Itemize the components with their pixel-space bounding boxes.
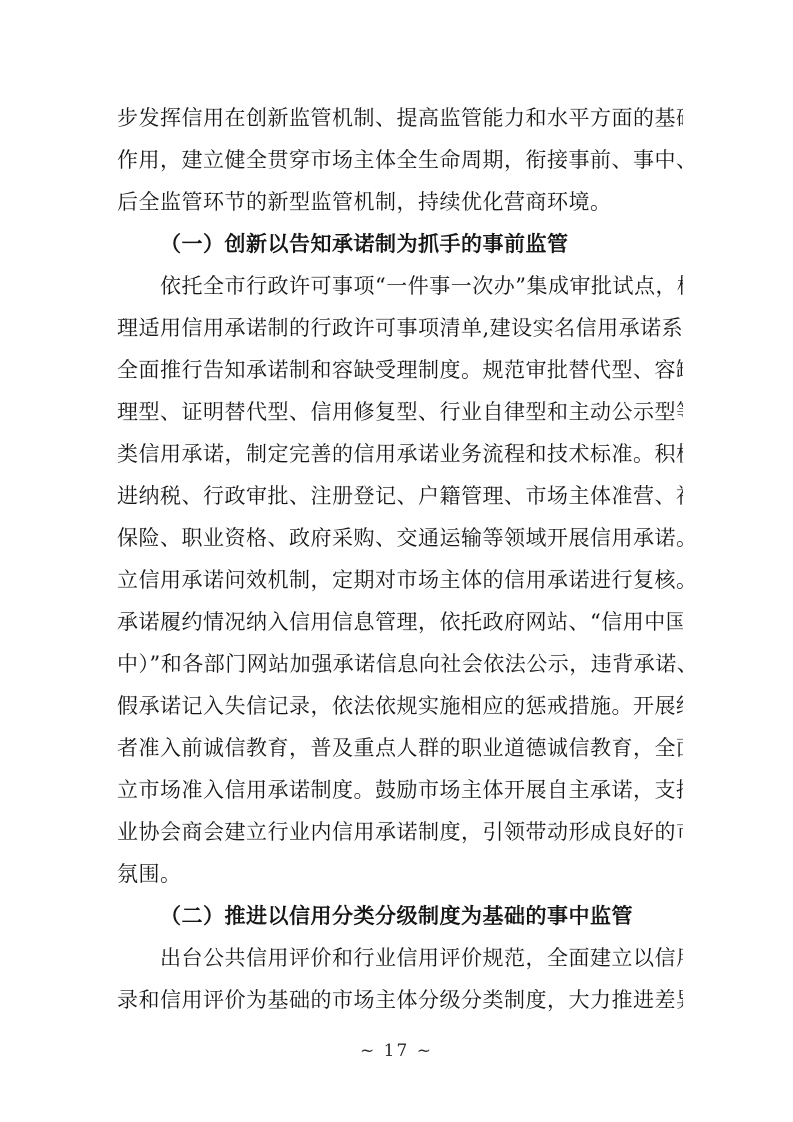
text-line: 氛围。 bbox=[117, 853, 683, 895]
text-line: 业协会商会建立行业内信用承诺制度，引领带动形成良好的市场 bbox=[117, 811, 683, 853]
text-line: 立市场准入信用承诺制度。鼓励市场主体开展自主承诺，支持行 bbox=[117, 769, 683, 811]
text-line: 承诺履约情况纳入信用信息管理，依托政府网站、“信用中国（汉 bbox=[117, 601, 683, 643]
text-line: 出台公共信用评价和行业信用评价规范，全面建立以信用记 bbox=[117, 937, 683, 979]
text-line: 类信用承诺，制定完善的信用承诺业务流程和技术标准。积极推 bbox=[117, 433, 683, 475]
document-page: 步发挥信用在创新监管机制、提高监管能力和水平方面的基础性作用，建立健全贯穿市场主… bbox=[0, 0, 793, 1122]
text-line: 中）”和各部门网站加强承诺信息向社会依法公示，违背承诺、虚 bbox=[117, 643, 683, 685]
paragraph: 步发挥信用在创新监管机制、提高监管能力和水平方面的基础性作用，建立健全贯穿市场主… bbox=[117, 97, 683, 223]
paragraph: 出台公共信用评价和行业信用评价规范，全面建立以信用记录和信用评价为基础的市场主体… bbox=[117, 937, 683, 1021]
text-line: 进纳税、行政审批、注册登记、户籍管理、市场主体准营、社会 bbox=[117, 475, 683, 517]
text-line: 假承诺记入失信记录，依法依规实施相应的惩戒措施。开展经营 bbox=[117, 685, 683, 727]
text-line: 步发挥信用在创新监管机制、提高监管能力和水平方面的基础性 bbox=[117, 97, 683, 139]
text-line: 依托全市行政许可事项“一件事一次办”集成审批试点，梳 bbox=[117, 265, 683, 307]
heading-line: （一）创新以告知承诺制为抓手的事前监管 bbox=[117, 223, 683, 265]
page-number: ~ 17 ~ bbox=[0, 1041, 793, 1061]
document-content: 步发挥信用在创新监管机制、提高监管能力和水平方面的基础性作用，建立健全贯穿市场主… bbox=[117, 97, 683, 1021]
heading-line: （二）推进以信用分类分级制度为基础的事中监管 bbox=[117, 895, 683, 937]
text-line: 保险、职业资格、政府采购、交通运输等领域开展信用承诺。建 bbox=[117, 517, 683, 559]
text-line: 全面推行告知承诺制和容缺受理制度。规范审批替代型、容缺受 bbox=[117, 349, 683, 391]
text-line: 后全监管环节的新型监管机制，持续优化营商环境。 bbox=[117, 181, 683, 223]
text-line: 理型、证明替代型、信用修复型、行业自律型和主动公示型等六 bbox=[117, 391, 683, 433]
paragraph: 依托全市行政许可事项“一件事一次办”集成审批试点，梳理适用信用承诺制的行政许可事… bbox=[117, 265, 683, 895]
section-heading: （二）推进以信用分类分级制度为基础的事中监管 bbox=[117, 895, 683, 937]
text-line: 录和信用评价为基础的市场主体分级分类制度，大力推进差异监 bbox=[117, 979, 683, 1021]
text-line: 者准入前诚信教育，普及重点人群的职业道德诚信教育，全面建 bbox=[117, 727, 683, 769]
text-line: 立信用承诺问效机制，定期对市场主体的信用承诺进行复核。将 bbox=[117, 559, 683, 601]
text-line: 理适用信用承诺制的行政许可事项清单,建设实名信用承诺系统, bbox=[117, 307, 683, 349]
text-line: 作用，建立健全贯穿市场主体全生命周期，衔接事前、事中、事 bbox=[117, 139, 683, 181]
section-heading: （一）创新以告知承诺制为抓手的事前监管 bbox=[117, 223, 683, 265]
